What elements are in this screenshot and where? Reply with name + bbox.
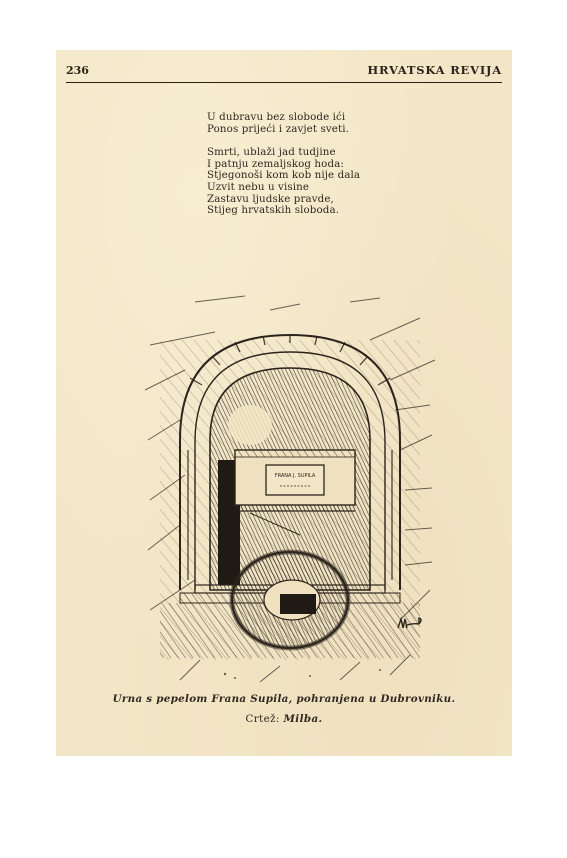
page-number: 236 [66,64,89,77]
urn-illustration: FRANA J. SUPILA [140,290,440,690]
scanned-page: 236 HRVATSKA REVIJA U dubravu bez slobod… [56,50,512,756]
verse: Uzvit nebu u visine [207,182,360,194]
caption-text: Urna s pepelom Frana Supila, pohranjena … [56,693,512,705]
page-header: 236 HRVATSKA REVIJA [64,62,502,84]
credit-label: Crtež: [245,713,279,725]
running-title: HRVATSKA REVIJA [367,63,502,77]
poem: U dubravu bez slobode ići Ponos prijeći … [207,112,360,229]
verse: U dubravu bez slobode ići [207,112,360,124]
credit-artist: Milba. [283,713,322,725]
verse: Ponos prijeći i zavjet sveti. [207,124,360,136]
caption-credit: Crtež: Milba. [56,713,512,725]
verse: Stijeg hrvatskih sloboda. [207,205,360,217]
verse: Smrti, ublaži jad tudjine [207,147,360,159]
svg-text:FRANA J. SUPILA: FRANA J. SUPILA [275,473,316,479]
stanza-2: Smrti, ublaži jad tudjine I patnju zemal… [207,147,360,217]
figure-caption: Urna s pepelom Frana Supila, pohranjena … [56,693,512,725]
header-rule [66,82,502,83]
stanza-1: U dubravu bez slobode ići Ponos prijeći … [207,112,360,135]
ink-drawing: FRANA J. SUPILA [140,290,440,690]
